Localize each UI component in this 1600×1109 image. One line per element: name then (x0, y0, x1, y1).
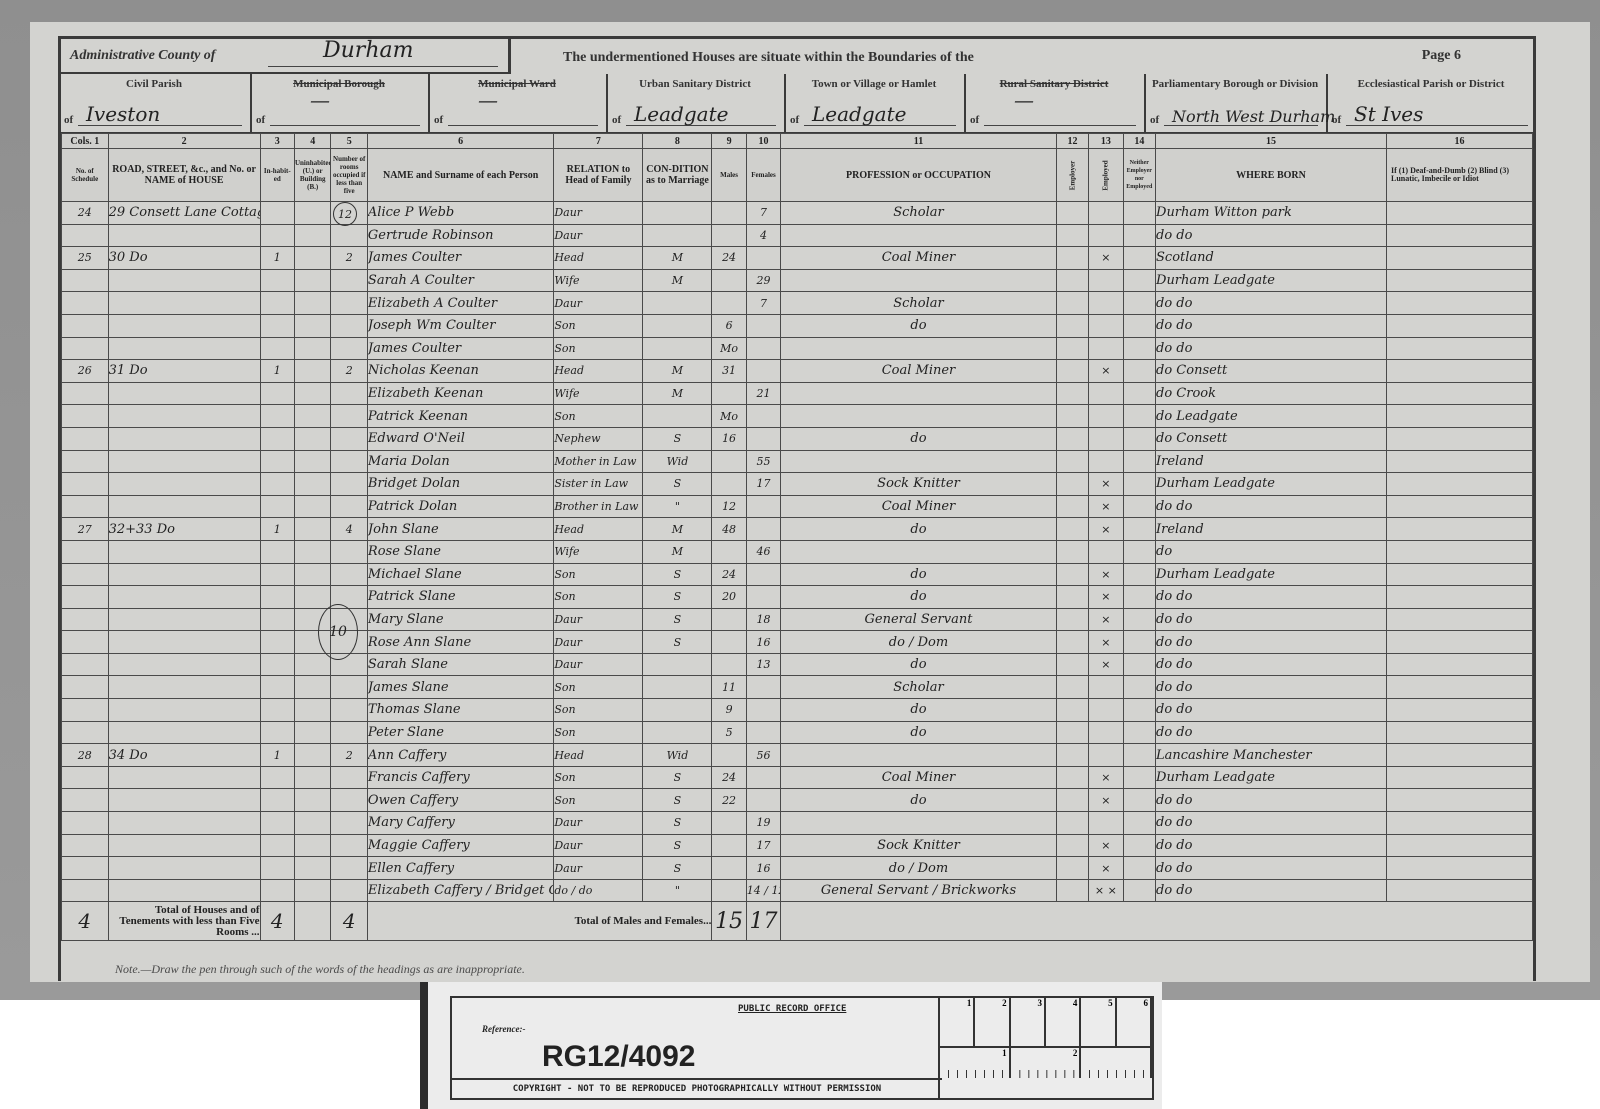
employed: × (1089, 473, 1123, 496)
road-name (108, 676, 260, 699)
relation: Son (554, 337, 643, 360)
employed (1089, 382, 1123, 405)
inhabited: 1 (260, 744, 294, 767)
schedule-number (62, 699, 109, 722)
relation: Son (554, 314, 643, 337)
circled-room-count: 10 (318, 604, 358, 660)
neither-employed (1123, 292, 1155, 315)
inhabited (260, 608, 294, 631)
occupation (781, 450, 1057, 473)
employed: × (1089, 834, 1123, 857)
where-born: do Consett (1156, 427, 1387, 450)
ruler-tick: 5 (1081, 998, 1116, 1046)
where-born: do do (1156, 314, 1387, 337)
header-occupation: PROFESSION or OCCUPATION (781, 149, 1057, 202)
neither-employed (1123, 450, 1155, 473)
inhabited (260, 473, 294, 496)
total-males-females-label: Total of Males and Females... (367, 902, 711, 941)
schedule-number (62, 586, 109, 609)
infirmity (1386, 563, 1532, 586)
uninhabited (294, 269, 330, 292)
col-number: 8 (643, 134, 712, 149)
inhabited (260, 653, 294, 676)
uninhabited (294, 405, 330, 428)
table-row: Francis CafferySonS24Coal Miner×Durham L… (62, 766, 1533, 789)
person-name: Patrick Slane (367, 586, 553, 609)
table-row: Patrick DolanBrother in Law"12Coal Miner… (62, 495, 1533, 518)
header-schedule: No. of Schedule (62, 149, 109, 202)
where-born: do do (1156, 292, 1387, 315)
inhabited (260, 766, 294, 789)
condition: S (643, 427, 712, 450)
relation: Daur (554, 224, 643, 247)
of-label: of (64, 114, 73, 126)
where-born: do (1156, 540, 1387, 563)
neither-employed (1123, 766, 1155, 789)
condition (643, 653, 712, 676)
inhabited (260, 314, 294, 337)
neither-employed (1123, 540, 1155, 563)
relation: Son (554, 721, 643, 744)
district-label: Town or Village or Hamlet (784, 78, 964, 90)
header-rooms: Number of rooms occupied if less than fi… (331, 149, 367, 202)
male-age (712, 269, 746, 292)
where-born: Lancashire Manchester (1156, 744, 1387, 767)
where-born: do do (1156, 224, 1387, 247)
where-born: do do (1156, 631, 1387, 654)
record-office-label: PUBLIC RECORD OFFICE Reference:- RG12/40… (420, 982, 1162, 1109)
male-age (712, 450, 746, 473)
inhabited (260, 586, 294, 609)
relation: Daur (554, 812, 643, 835)
col-number: 9 (712, 134, 746, 149)
employed (1089, 676, 1123, 699)
female-age: 13 (746, 653, 780, 676)
table-row: Elizabeth KeenanWifeM21do Crook (62, 382, 1533, 405)
neither-employed (1123, 202, 1155, 225)
where-born: Ireland (1156, 450, 1387, 473)
rooms (331, 834, 367, 857)
relation: Head (554, 744, 643, 767)
road-name: 30 Do (108, 247, 260, 270)
person-name: Rose Slane (367, 540, 553, 563)
urban-sanitary-value: Leadgate (634, 102, 728, 126)
neither-employed (1123, 857, 1155, 880)
male-age (712, 473, 746, 496)
uninhabited (294, 834, 330, 857)
rooms (331, 224, 367, 247)
condition: S (643, 834, 712, 857)
employer (1056, 653, 1088, 676)
district-label: Parliamentary Borough or Division (1144, 78, 1326, 90)
where-born: do do (1156, 834, 1387, 857)
employer (1056, 518, 1088, 541)
female-age: 4 (746, 224, 780, 247)
condition: " (643, 879, 712, 902)
road-name (108, 879, 260, 902)
uninhabited (294, 450, 330, 473)
relation: Daur (554, 202, 643, 225)
male-age: Mo (712, 405, 746, 428)
where-born: do Crook (1156, 382, 1387, 405)
neither-employed (1123, 699, 1155, 722)
inhabited (260, 382, 294, 405)
where-born: do do (1156, 857, 1387, 880)
person-name: Nicholas Keenan (367, 360, 553, 383)
female-age (746, 766, 780, 789)
district-ecclesiastical: Ecclesiastical Parish or District of St … (1326, 74, 1536, 132)
of-label: of (434, 114, 443, 126)
condition: M (643, 540, 712, 563)
road-name (108, 586, 260, 609)
condition: S (643, 631, 712, 654)
person-name: Owen Caffery (367, 789, 553, 812)
uninhabited (294, 473, 330, 496)
uninhabited (294, 857, 330, 880)
condition (643, 699, 712, 722)
condition (643, 337, 712, 360)
uninhabited (294, 495, 330, 518)
inhabited (260, 202, 294, 225)
employed (1089, 427, 1123, 450)
inhabited (260, 721, 294, 744)
rooms: 2 (331, 247, 367, 270)
inhabited (260, 337, 294, 360)
uninhabited (294, 766, 330, 789)
infirmity (1386, 337, 1532, 360)
inhabited (260, 405, 294, 428)
road-name (108, 608, 260, 631)
occupation: Scholar (781, 202, 1057, 225)
rooms (331, 766, 367, 789)
uninhabited (294, 247, 330, 270)
female-age (746, 360, 780, 383)
infirmity (1386, 631, 1532, 654)
table-row: Bridget DolanSister in LawS17Sock Knitte… (62, 473, 1533, 496)
female-age: 16 (746, 857, 780, 880)
reference-label: Reference:- (482, 1024, 525, 1034)
where-born: Scotland (1156, 247, 1387, 270)
infirmity (1386, 744, 1532, 767)
col-number: 13 (1089, 134, 1123, 149)
rooms (331, 540, 367, 563)
employed (1089, 269, 1123, 292)
where-born: Durham Leadgate (1156, 563, 1387, 586)
infirmity (1386, 292, 1532, 315)
male-age (712, 744, 746, 767)
table-row: Ellen CafferyDaurS16do / Dom×do do (62, 857, 1533, 880)
schedule-number (62, 563, 109, 586)
inhabited (260, 812, 294, 835)
totals-row: 4 Total of Houses and of Tenements with … (62, 902, 1533, 941)
header-top-row: Administrative County of Durham The unde… (58, 38, 1536, 74)
neither-employed (1123, 744, 1155, 767)
administrative-county-value: Durham (323, 38, 413, 63)
col-number: 15 (1156, 134, 1387, 149)
occupation: do (781, 699, 1057, 722)
condition (643, 314, 712, 337)
rooms (331, 879, 367, 902)
employed: × (1089, 766, 1123, 789)
employer (1056, 224, 1088, 247)
schedule-number (62, 857, 109, 880)
inhabited (260, 269, 294, 292)
rooms (331, 721, 367, 744)
ecclesiastical-value: St Ives (1354, 102, 1423, 126)
relation: Wife (554, 269, 643, 292)
employed: × × (1089, 879, 1123, 902)
relation: Son (554, 586, 643, 609)
where-born: do Leadgate (1156, 405, 1387, 428)
neither-employed (1123, 812, 1155, 835)
infirmity (1386, 427, 1532, 450)
relation: Head (554, 247, 643, 270)
neither-employed (1123, 269, 1155, 292)
infirmity (1386, 766, 1532, 789)
employer-label: Employer (1067, 161, 1078, 191)
infirmity (1386, 608, 1532, 631)
rooms (331, 292, 367, 315)
rooms (331, 405, 367, 428)
employed: × (1089, 653, 1123, 676)
col-number: 6 (367, 134, 553, 149)
where-born: do do (1156, 721, 1387, 744)
road-name (108, 473, 260, 496)
where-born: Durham Witton park (1156, 202, 1387, 225)
where-born: Durham Leadgate (1156, 766, 1387, 789)
ruler-inch: 1 2 (940, 1048, 1152, 1078)
where-born: do do (1156, 789, 1387, 812)
table-row: Rose SlaneWifeM46do (62, 540, 1533, 563)
rooms: 2 (331, 360, 367, 383)
condition: M (643, 247, 712, 270)
col-number: 10 (746, 134, 780, 149)
rooms: 2 (331, 744, 367, 767)
where-born: do do (1156, 879, 1387, 902)
employer (1056, 473, 1088, 496)
ruler-tick: 1 (940, 1048, 1011, 1078)
female-age (746, 518, 780, 541)
neither-employed (1123, 608, 1155, 631)
female-age: 46 (746, 540, 780, 563)
col-number: 12 (1056, 134, 1088, 149)
male-age (712, 540, 746, 563)
where-born: do do (1156, 812, 1387, 835)
relation: Wife (554, 382, 643, 405)
employed (1089, 292, 1123, 315)
total-males: 15 (712, 902, 746, 941)
employed (1089, 450, 1123, 473)
col-number: 3 (260, 134, 294, 149)
road-name: 34 Do (108, 744, 260, 767)
rooms (331, 337, 367, 360)
condition: M (643, 518, 712, 541)
occupation: Sock Knitter (781, 834, 1057, 857)
col-number: 4 (294, 134, 330, 149)
female-age (746, 676, 780, 699)
employed (1089, 744, 1123, 767)
schedule-number (62, 721, 109, 744)
schedule-number (62, 653, 109, 676)
employed (1089, 721, 1123, 744)
schedule-number: 26 (62, 360, 109, 383)
male-age (712, 202, 746, 225)
employed: × (1089, 608, 1123, 631)
uninhabited (294, 586, 330, 609)
female-age: 55 (746, 450, 780, 473)
col-number: 11 (781, 134, 1057, 149)
employer (1056, 744, 1088, 767)
occupation: do (781, 586, 1057, 609)
employer (1056, 540, 1088, 563)
occupation: Scholar (781, 292, 1057, 315)
uninhabited (294, 699, 330, 722)
record-office-inner: PUBLIC RECORD OFFICE Reference:- RG12/40… (450, 996, 1154, 1100)
inhabited: 1 (260, 247, 294, 270)
of-label: of (1332, 114, 1341, 126)
col-number: 14 (1123, 134, 1155, 149)
road-name (108, 812, 260, 835)
table-row: Joseph Wm CoulterSon6dodo do (62, 314, 1533, 337)
employer (1056, 247, 1088, 270)
civil-parish-value: Iveston (86, 102, 160, 126)
condition (643, 224, 712, 247)
infirmity (1386, 879, 1532, 902)
rooms (331, 427, 367, 450)
employed-label: Employed (1100, 160, 1111, 190)
person-name: Alice P Webb (367, 202, 553, 225)
relation: Daur (554, 653, 643, 676)
male-age: 24 (712, 247, 746, 270)
employer (1056, 360, 1088, 383)
rooms (331, 857, 367, 880)
schedule-number (62, 834, 109, 857)
district-civil-parish: Civil Parish of Iveston (58, 74, 252, 132)
inhabited: 1 (260, 518, 294, 541)
employer (1056, 586, 1088, 609)
employer (1056, 495, 1088, 518)
infirmity (1386, 450, 1532, 473)
employed: × (1089, 495, 1123, 518)
relation: Brother in Law (554, 495, 643, 518)
schedule-number (62, 631, 109, 654)
administrative-county-label: Administrative County of (70, 48, 215, 64)
table-row: Rose Ann SlaneDaurS16do / Dom×do do (62, 631, 1533, 654)
person-name: James Coulter (367, 247, 553, 270)
copyright-notice: COPYRIGHT - NOT TO BE REPRODUCED PHOTOGR… (452, 1078, 942, 1094)
road-name (108, 427, 260, 450)
table-row: James CoulterSonModo do (62, 337, 1533, 360)
occupation: do / Dom (781, 857, 1057, 880)
col-number: 7 (554, 134, 643, 149)
occupation: do (781, 563, 1057, 586)
condition: S (643, 857, 712, 880)
rooms: 4 (331, 518, 367, 541)
condition (643, 676, 712, 699)
neither-employed (1123, 834, 1155, 857)
district-label: Municipal Ward (428, 78, 606, 90)
infirmity (1386, 224, 1532, 247)
person-name: Peter Slane (367, 721, 553, 744)
infirmity (1386, 247, 1532, 270)
relation: Son (554, 405, 643, 428)
female-age (746, 427, 780, 450)
schedule-number (62, 495, 109, 518)
infirmity (1386, 676, 1532, 699)
district-label: Urban Sanitary District (606, 78, 784, 90)
ruler-cm: 1 2 3 4 5 6 (940, 998, 1152, 1048)
rooms (331, 473, 367, 496)
schedule-number: 27 (62, 518, 109, 541)
rooms (331, 495, 367, 518)
schedule-number (62, 676, 109, 699)
neither-employed (1123, 518, 1155, 541)
of-label: of (256, 114, 265, 126)
table-row: Sarah A CoulterWifeM29Durham Leadgate (62, 269, 1533, 292)
occupation: Sock Knitter (781, 473, 1057, 496)
neither-employed (1123, 631, 1155, 654)
infirmity (1386, 518, 1532, 541)
person-name: Mary Caffery (367, 812, 553, 835)
table-row: Gertrude RobinsonDaur4do do (62, 224, 1533, 247)
condition (643, 721, 712, 744)
occupation (781, 382, 1057, 405)
occupation: Scholar (781, 676, 1057, 699)
person-name: Sarah A Coulter (367, 269, 553, 292)
employed: × (1089, 518, 1123, 541)
neither-employed (1123, 360, 1155, 383)
male-age: 12 (712, 495, 746, 518)
condition: S (643, 789, 712, 812)
rooms (331, 563, 367, 586)
road-name (108, 382, 260, 405)
occupation (781, 744, 1057, 767)
female-age (746, 314, 780, 337)
employer (1056, 766, 1088, 789)
road-name (108, 337, 260, 360)
uninhabited (294, 789, 330, 812)
person-name: Thomas Slane (367, 699, 553, 722)
table-row: Elizabeth Caffery / Bridget Cafferydo / … (62, 879, 1533, 902)
rooms (331, 382, 367, 405)
table-row: Peter SlaneSon5dodo do (62, 721, 1533, 744)
male-age (712, 812, 746, 835)
inhabited (260, 563, 294, 586)
employed (1089, 699, 1123, 722)
where-born: do Consett (1156, 360, 1387, 383)
male-age: 9 (712, 699, 746, 722)
employer (1056, 202, 1088, 225)
person-name: Michael Slane (367, 563, 553, 586)
table-row: Owen CafferySonS22do×do do (62, 789, 1533, 812)
uninhabited (294, 337, 330, 360)
condition: S (643, 608, 712, 631)
infirmity (1386, 473, 1532, 496)
rooms (331, 676, 367, 699)
female-age (746, 495, 780, 518)
where-born: do do (1156, 586, 1387, 609)
schedule-number (62, 879, 109, 902)
infirmity (1386, 834, 1532, 857)
employer (1056, 269, 1088, 292)
occupation (781, 224, 1057, 247)
rooms (331, 450, 367, 473)
employed (1089, 202, 1123, 225)
column-number-row: Cols. 1 2 3 4 5 6 7 8 9 10 11 12 13 14 1… (62, 134, 1533, 149)
person-name: Elizabeth Keenan (367, 382, 553, 405)
header-employed: Employed (1089, 149, 1123, 202)
underline (984, 125, 1136, 126)
